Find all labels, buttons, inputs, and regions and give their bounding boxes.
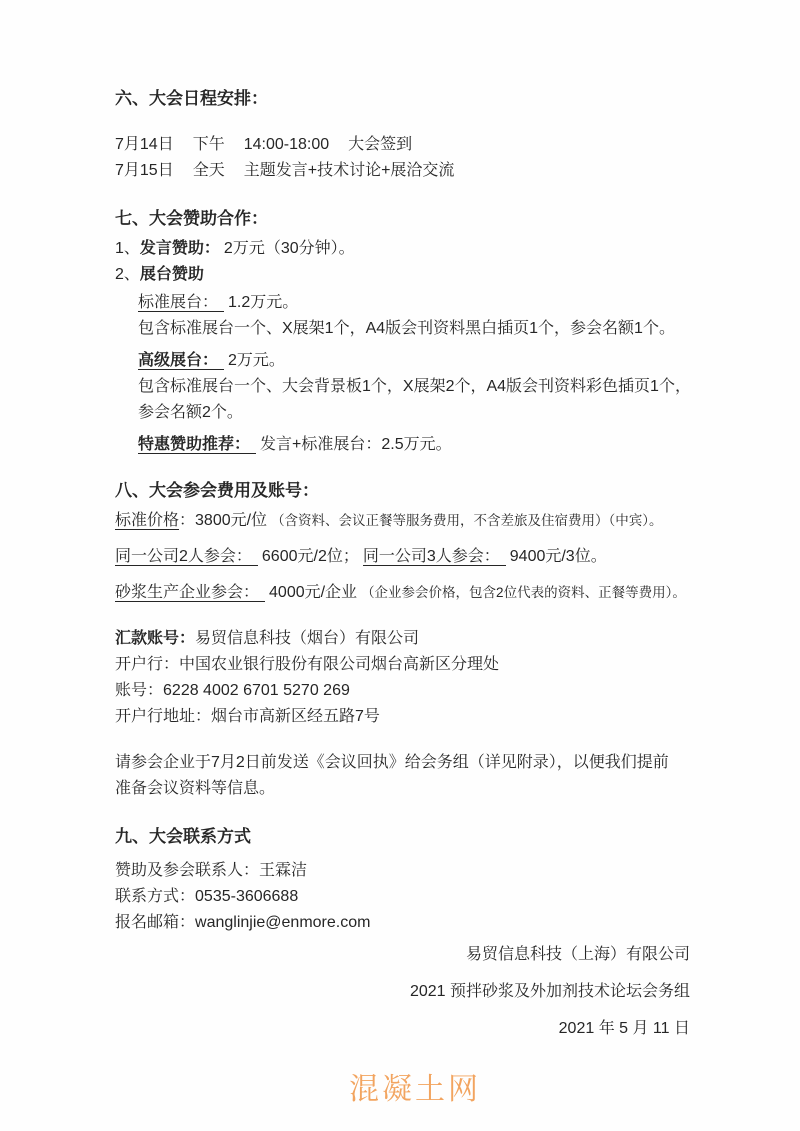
schedule-date: 7月14日	[115, 132, 174, 158]
remit-account-line: 汇款账号：易贸信息科技（烟台）有限公司	[115, 626, 770, 652]
signature-group: 2021 预拌砂浆及外加剂技术论坛会务组	[115, 973, 690, 1010]
signature-date: 2021 年 5 月 11 日	[115, 1010, 690, 1047]
schedule-activity: 主题发言+技术讨论+展洽交流	[244, 158, 455, 184]
bank-name-line: 开户行：中国农业银行股份有限公司烟台高新区分理处	[115, 652, 770, 678]
standard-price-note: （含资料、会议正餐等服务费用，不含差旅及住宿费用）（中宾）。	[271, 513, 663, 528]
remit-account-label: 汇款账号：	[115, 630, 195, 647]
premium-booth-desc-line2: 参会名额2个。	[138, 400, 770, 426]
standard-price-value: ：3800元/位	[179, 512, 267, 529]
account-number-line: 账号：6228 4002 6701 5270 269	[115, 678, 770, 704]
booth-sponsor-label: 展台赞助	[140, 266, 204, 283]
schedule-time: 14:00-18:00	[244, 132, 329, 158]
contact-phone-label: 联系方式：	[115, 888, 195, 905]
bank-account-block: 汇款账号：易贸信息科技（烟台）有限公司 开户行：中国农业银行股份有限公司烟台高新…	[115, 626, 770, 730]
three-person-price: 9400元/3位。	[510, 548, 607, 565]
item-number: 1、	[115, 240, 140, 257]
standard-booth-block: 标准展台：1.2万元。 包含标准展台一个、X展架1个，A4版会刊资料黑白插页1个…	[138, 290, 770, 342]
two-person-price: 6600元/2位；	[262, 548, 359, 565]
contact-person-name: 王霖洁	[259, 862, 307, 879]
schedule-period: 下午	[193, 132, 225, 158]
bank-name-label: 开户行：	[115, 656, 179, 673]
bank-name-value: 中国农业银行股份有限公司烟台高新区分理处	[179, 656, 499, 673]
contact-email-label: 报名邮箱：	[115, 914, 195, 931]
standard-booth-price-line: 标准展台：1.2万元。	[138, 290, 770, 316]
account-number-value: 6228 4002 6701 5270 269	[163, 682, 350, 699]
special-offer-line: 特惠赞助推荐：发言+标准展台：2.5万元。	[138, 432, 770, 458]
remit-account-value: 易贸信息科技（烟台）有限公司	[195, 630, 419, 647]
schedule-date: 7月15日	[115, 158, 174, 184]
schedule-row: 7月14日 下午 14:00-18:00 大会签到	[115, 132, 770, 158]
schedule-period: 全天	[193, 158, 225, 184]
mortar-price-value: 4000元/企业	[269, 584, 357, 601]
reply-note-line1: 请参会企业于7月2日前发送《会议回执》给会务组（详见附录），以便我们提前	[115, 750, 770, 776]
standard-booth-label: 标准展台：	[138, 294, 224, 312]
account-number-label: 账号：	[115, 682, 163, 699]
standard-booth-price: 1.2万元。	[228, 294, 298, 311]
special-offer-label: 特惠赞助推荐：	[138, 436, 256, 454]
signature-company: 易贸信息科技（上海）有限公司	[115, 936, 690, 973]
bank-address-line: 开户行地址：烟台市高新区经五路7号	[115, 704, 770, 730]
schedule-block: 7月14日 下午 14:00-18:00 大会签到 7月15日 全天 主题发言+…	[115, 132, 770, 184]
contact-block: 赞助及参会联系人：王霖洁 联系方式：0535-3606688 报名邮箱：wang…	[115, 858, 770, 936]
schedule-row: 7月15日 全天 主题发言+技术讨论+展洽交流	[115, 158, 770, 184]
premium-booth-price: 2万元。	[228, 352, 285, 369]
speech-sponsor-price: 2万元（30分钟）。	[224, 240, 355, 257]
premium-booth-desc-line1: 包含标准展台一个、大会背景板1个，X展架2个，A4版会刊资料彩色插页1个，	[138, 374, 770, 400]
section8-heading: 八、大会参会费用及账号：	[115, 478, 770, 504]
standard-price-line: 标准价格：3800元/位（含资料、会议正餐等服务费用，不含差旅及住宿费用）（中宾…	[115, 508, 770, 534]
standard-price-label: 标准价格	[115, 512, 179, 529]
premium-booth-label: 高级展台：	[138, 352, 224, 370]
contact-phone-line: 联系方式：0535-3606688	[115, 884, 770, 910]
premium-booth-price-line: 高级展台：2万元。	[138, 348, 770, 374]
contact-person-line: 赞助及参会联系人：王霖洁	[115, 858, 770, 884]
two-person-label: 同一公司2人参会：	[115, 548, 258, 566]
group-price-line: 同一公司2人参会：6600元/2位；同一公司3人参会：9400元/3位。	[115, 544, 770, 570]
mortar-price-line: 砂浆生产企业参会：4000元/企业（企业参会价格，包含2位代表的资料、正餐等费用…	[115, 580, 770, 606]
watermark-logo: 混凝土网	[349, 1064, 481, 1108]
signature-block: 易贸信息科技（上海）有限公司 2021 预拌砂浆及外加剂技术论坛会务组 2021…	[115, 936, 690, 1047]
contact-email-value: wanglinjie@enmore.com	[195, 914, 370, 931]
special-offer-text: 发言+标准展台：2.5万元。	[260, 436, 452, 453]
section6-heading: 六、大会日程安排：	[115, 86, 770, 112]
section7-heading: 七、大会赞助合作：	[115, 206, 770, 232]
mortar-price-label: 砂浆生产企业参会：	[115, 584, 265, 602]
reply-note: 请参会企业于7月2日前发送《会议回执》给会务组（详见附录），以便我们提前 准备会…	[115, 750, 770, 802]
item-number: 2、	[115, 266, 140, 283]
contact-phone-value: 0535-3606688	[195, 888, 298, 905]
mortar-price-note: （企业参会价格，包含2位代表的资料、正餐等费用）。	[361, 585, 686, 600]
bank-address-label: 开户行地址：	[115, 708, 211, 725]
document-page: 六、大会日程安排： 7月14日 下午 14:00-18:00 大会签到 7月15…	[0, 0, 800, 1047]
contact-person-label: 赞助及参会联系人：	[115, 862, 259, 879]
three-person-label: 同一公司3人参会：	[363, 548, 506, 566]
bank-address-value: 烟台市高新区经五路7号	[211, 708, 380, 725]
reply-note-line2: 准备会议资料等信息。	[115, 776, 770, 802]
schedule-activity: 大会签到	[348, 132, 412, 158]
sponsor-item-booth: 2、展台赞助	[115, 262, 770, 288]
speech-sponsor-label: 发言赞助：	[140, 240, 220, 257]
sponsor-item-speech: 1、发言赞助：2万元（30分钟）。	[115, 236, 770, 262]
standard-booth-desc: 包含标准展台一个、X展架1个，A4版会刊资料黑白插页1个，参会名额1个。	[138, 316, 770, 342]
premium-booth-block: 高级展台：2万元。 包含标准展台一个、大会背景板1个，X展架2个，A4版会刊资料…	[138, 348, 770, 426]
contact-email-line: 报名邮箱：wanglinjie@enmore.com	[115, 910, 770, 936]
section9-heading: 九、大会联系方式	[115, 824, 770, 850]
